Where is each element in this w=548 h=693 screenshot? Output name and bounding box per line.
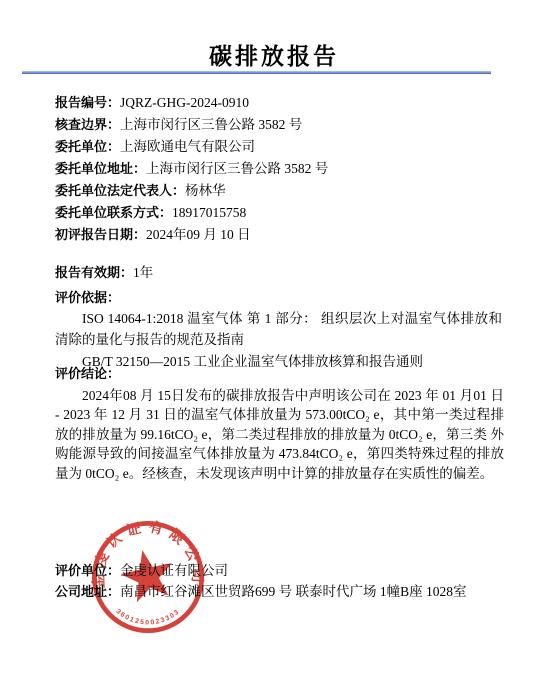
field-label: 委托单位联系方式： — [55, 205, 172, 220]
field-value: 上海市闵行区三鲁公路 3582 号 — [120, 117, 302, 132]
field-label: 初评报告日期： — [55, 227, 146, 242]
field-client-name: 委托单位：上海欧通电气有限公司 — [55, 136, 328, 158]
field-value: 18917015758 — [172, 205, 246, 220]
conclusion-paragraph: 2024年08 月 15日发布的碳排放报告中声明该公司在 2023 年 01 月… — [55, 386, 504, 483]
report-page: 碳排放报告 报告编号：JQRZ-GHG-2024-0910 核查边界：上海市闵行… — [0, 0, 548, 693]
field-value: 杨林华 — [185, 183, 226, 198]
field-label: 委托单位法定代表人： — [55, 183, 185, 198]
field-label: 委托单位： — [55, 139, 120, 154]
field-report-number: 报告编号：JQRZ-GHG-2024-0910 — [55, 92, 328, 114]
field-label: 报告有效期： — [55, 265, 133, 280]
title-divider — [22, 71, 491, 74]
field-value: JQRZ-GHG-2024-0910 — [120, 95, 249, 110]
evaluation-conclusion-section: 评价结论： 2024年08 月 15日发布的碳排放报告中声明该公司在 2023 … — [55, 363, 504, 483]
basis-item-iso: ISO 14064-1:2018 温室气体 第 1 部分： 组织层次上对温室气体… — [55, 308, 502, 350]
field-client-address: 委托单位地址：上海市闵行区三鲁公路 3582 号 — [55, 158, 328, 180]
field-value: 上海欧通电气有限公司 — [120, 139, 255, 154]
field-verification-boundary: 核查边界：上海市闵行区三鲁公路 3582 号 — [55, 114, 328, 136]
evaluation-conclusion-heading: 评价结论： — [55, 363, 504, 384]
field-initial-report-date: 初评报告日期：2024年09 月 10 日 — [55, 224, 328, 246]
certification-stamp-seal: 金虔认证有限公司 3601250023303 — [72, 501, 224, 653]
field-validity-period: 报告有效期：1年 — [55, 262, 153, 284]
field-value: 2024年09 月 10 日 — [146, 227, 251, 242]
page-title: 碳排放报告 — [0, 38, 548, 71]
evaluation-basis-heading: 评价依据： — [55, 287, 502, 308]
report-fields: 报告编号：JQRZ-GHG-2024-0910 核查边界：上海市闵行区三鲁公路 … — [55, 92, 328, 246]
evaluation-basis-section: 评价依据： ISO 14064-1:2018 温室气体 第 1 部分： 组织层次… — [55, 287, 502, 372]
field-value: 1年 — [133, 265, 153, 280]
star-icon — [117, 545, 179, 605]
field-label: 委托单位地址： — [55, 161, 146, 176]
field-label: 核查边界： — [55, 117, 120, 132]
field-legal-representative: 委托单位法定代表人：杨林华 — [55, 180, 328, 202]
field-value: 上海市闵行区三鲁公路 3582 号 — [146, 161, 328, 176]
field-contact-phone: 委托单位联系方式：18917015758 — [55, 202, 328, 224]
field-label: 报告编号： — [55, 95, 120, 110]
